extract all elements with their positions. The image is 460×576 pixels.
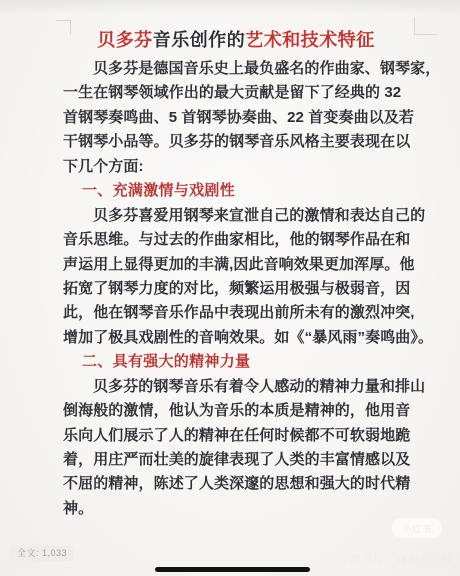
paragraph-1: 贝多芬是德国音乐史上最负盛名的作曲家、钢琴家， 一生在钢琴领域作出的最大贡献是留… (63, 57, 413, 179)
section-heading-1: 一、充满激情与戏剧性 (82, 179, 413, 203)
text-line: 着，用庄严而壮美的旋律表现了人类的丰富情感以及 (63, 448, 413, 472)
xiaohongshu-id-watermark: 小红书号：853140561 (340, 551, 454, 566)
xiaohongshu-logo-watermark: 小红书 (392, 518, 442, 538)
home-indicator-bar[interactable] (155, 567, 310, 572)
paragraph-3: 贝多芬的钢琴音乐有着令人感动的精神力量和排山 倒海般的激情，他认为音乐的本质是精… (63, 375, 413, 522)
document-title: 贝多芬音乐创作的艺术和技术特征 (63, 28, 409, 52)
photo-edge-shading (0, 0, 460, 14)
text-line: 乐向人们展示了人的精神在任何时候都不可软弱地跪 (63, 424, 413, 448)
word-count-badge[interactable]: 全文: 1,033 (10, 546, 74, 561)
text-line: 此，他在钢琴音乐作品中表现出前所未有的激烈冲突, (63, 301, 413, 325)
paragraph-2: 贝多芬喜爱用钢琴来宣泄自己的激情和表达自己的 音乐思维。与过去的作曲家相比，他的… (63, 204, 413, 351)
text-line: 贝多芬喜爱用钢琴来宣泄自己的激情和表达自己的 (63, 204, 413, 228)
text-line: 首钢琴奏鸣曲、5 首钢琴协奏曲、22 首变奏曲以及若 (63, 106, 413, 130)
text-line: 一生在钢琴领域作出的最大贡献是留下了经典的 32 (63, 81, 413, 105)
text-line: 不屈的精神，陈述了人类深邃的思想和强大的时代精 (63, 472, 413, 496)
title-segment-beethoven: 贝多芬 (97, 30, 153, 50)
text-line: 倒海般的激情，他认为音乐的本质是精神的，他用音 (63, 399, 413, 423)
title-segment-middle: 音乐创作的 (153, 30, 246, 50)
text-line: 神。 (63, 497, 413, 521)
document-body: 贝多芬是德国音乐史上最负盛名的作曲家、钢琴家， 一生在钢琴领域作出的最大贡献是留… (63, 57, 413, 521)
text-line: 下几个方面: (63, 155, 413, 179)
margin-corner-mark-right (414, 17, 437, 35)
text-line: 贝多芬是德国音乐史上最负盛名的作曲家、钢琴家， (63, 57, 413, 81)
text-line: 声运用上显得更加的丰满,因此音响效果更加浑厚。他 (63, 253, 413, 277)
text-line: 干钢琴小品等。贝多芬的钢琴音乐风格主要表现在以 (63, 130, 413, 154)
text-line: 拓宽了钢琴力度的对比，频繁运用极强与极弱音，因 (63, 277, 413, 301)
text-line: 音乐思维。与过去的作曲家相比，他的钢琴作品在和 (63, 228, 413, 252)
text-line: 增加了极具戏剧性的音响效果。如《“暴风雨”奏鸣曲》。 (63, 326, 413, 350)
section-heading-2: 二、具有强大的精神力量 (82, 350, 413, 374)
text-line: 贝多芬的钢琴音乐有着令人感动的精神力量和排山 (63, 375, 413, 399)
title-segment-features: 艺术和技术特征 (245, 30, 375, 50)
